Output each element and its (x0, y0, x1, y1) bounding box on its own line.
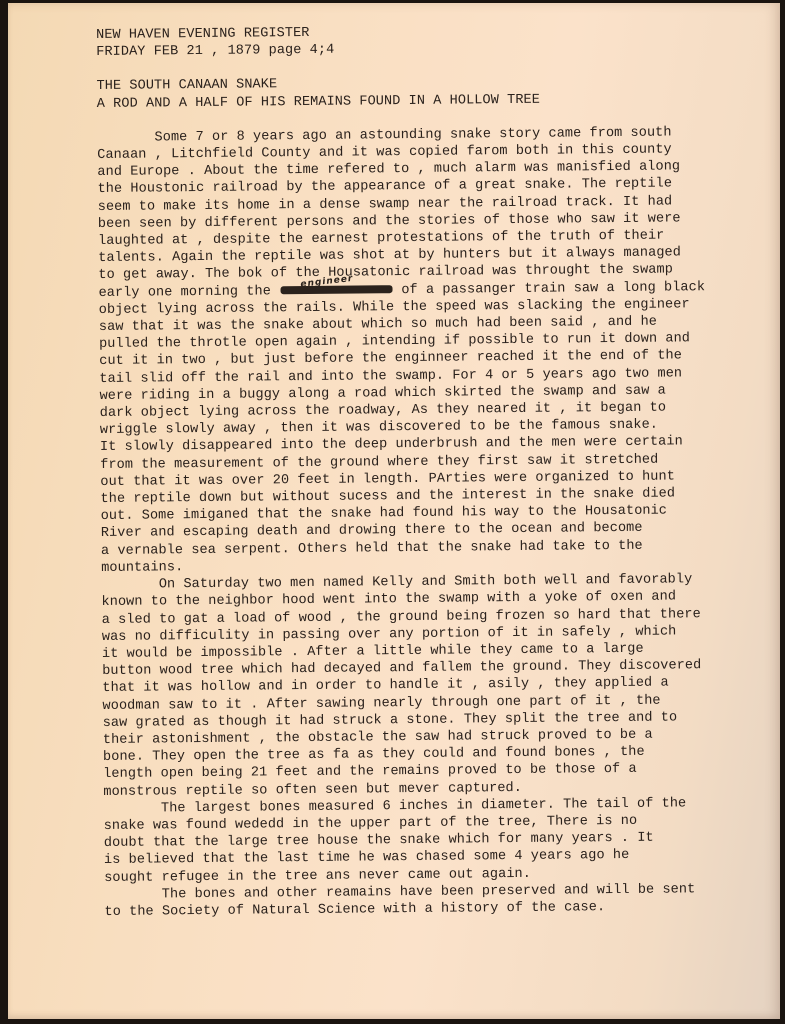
redaction-mark: engineer (280, 285, 392, 294)
typewritten-document: NEW HAVEN EVENING REGISTER FRIDAY FEB 21… (96, 20, 785, 921)
article-body: Some 7 or 8 years ago an astounding snak… (97, 123, 785, 921)
redacted-line-after: of a passanger train saw a long black (393, 280, 705, 298)
redacted-line-before: early one morning the (98, 284, 279, 301)
paper-sheet: NEW HAVEN EVENING REGISTER FRIDAY FEB 21… (8, 3, 780, 1019)
